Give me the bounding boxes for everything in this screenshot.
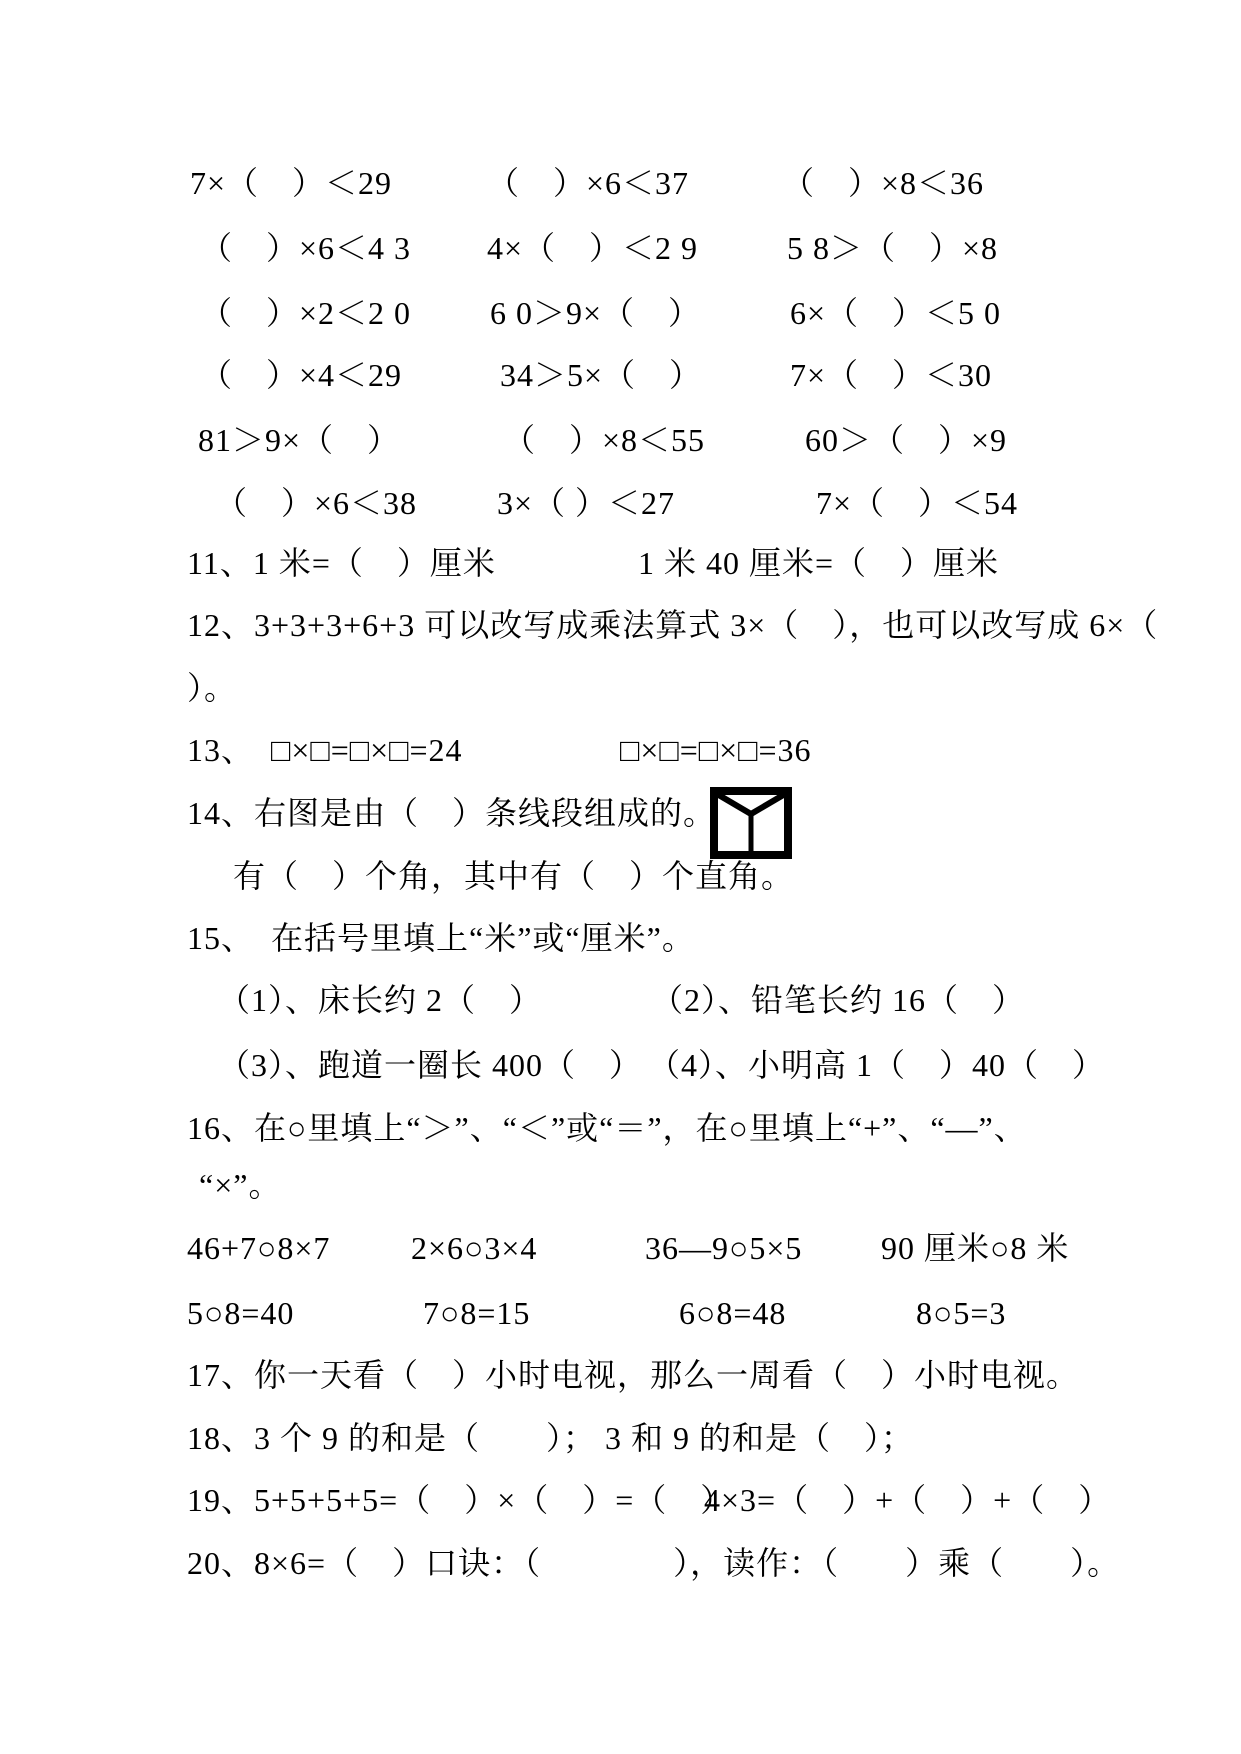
worksheet-item-20: 20、8×6=（ ）口诀：（ ），读作：（ ）乘（ ）。 (0, 1543, 1241, 1587)
worksheet-item-16-row-1: 46+7○8×7 2×6○3×4 36—9○5×5 90 厘米○8 米 (0, 1228, 1241, 1272)
question-text: （4）、小明高 1（ ）40（ ） (648, 1045, 1105, 1085)
fill-blank-expression: 60＞（ ）×9 (805, 420, 1007, 460)
fill-blank-expression: 34＞5×（ ） (500, 355, 702, 395)
question-text: 20、8×6=（ ）口诀：（ ），读作：（ ）乘（ ）。 (187, 1543, 1120, 1583)
worksheet-item-16-row-2: 5○8=40 7○8=15 6○8=48 8○5=3 (0, 1293, 1241, 1337)
fill-blank-expression: 90 厘米○8 米 (881, 1228, 1069, 1268)
fill-blank-expression: 3×（ ）＜27 (497, 483, 675, 523)
worksheet-item-12: 12、3+3+3+6+3 可以改写成乘法算式 3×（ ），也可以改写成 6×（ (0, 605, 1241, 649)
question-text: 17、你一天看（ ）小时电视，那么一周看（ ）小时电视。 (187, 1355, 1079, 1395)
question-text: 13、 □×□=□×□=24 (187, 730, 463, 770)
fill-blank-expression: （ ）×2＜2 0 (200, 293, 411, 333)
fill-blank-expression: 4×（ ）＜2 9 (487, 228, 698, 268)
question-text: □×□=□×□=36 (620, 730, 812, 770)
question-text: 4×3=（ ）+（ ）+（ ） (704, 1480, 1111, 1520)
fill-blank-expression: （ ）×6＜37 (487, 163, 689, 203)
question-text: 16、在○里填上“＞”、“＜”或“＝”，在○里填上“+”、“—”、 (187, 1108, 1027, 1148)
fill-blank-expression: （ ）×8＜36 (782, 163, 984, 203)
question-text: 14、右图是由（ ）条线段组成的。 (187, 793, 716, 833)
worksheet-item-14-continued: 有（ ）个角，其中有（ ）个直角。 (0, 856, 1241, 900)
fill-blank-expression: 6○8=48 (679, 1293, 786, 1333)
square-divided-by-Y-figure (710, 787, 792, 859)
question-text: 12、3+3+3+6+3 可以改写成乘法算式 3×（ ），也可以改写成 6×（ (187, 605, 1158, 645)
fill-blank-expression: 2×6○3×4 (411, 1228, 537, 1268)
worksheet-line-compare-6: （ ）×6＜38 3×（ ）＜27 7×（ ）＜54 (0, 483, 1241, 527)
question-text: （3）、跑道一圈长 400（ ） (218, 1045, 642, 1085)
fill-blank-expression: （ ）×4＜29 (200, 355, 402, 395)
worksheet-line-compare-2: （ ）×6＜4 3 4×（ ）＜2 9 5 8＞（ ）×8 (0, 228, 1241, 272)
fill-blank-expression: （ ）×6＜4 3 (200, 228, 411, 268)
worksheet-item-19: 19、5+5+5+5=（ ）×（ ）=（ ） 4×3=（ ）+（ ）+（ ） (0, 1480, 1241, 1524)
question-text: （2）、铅笔长约 16（ ） (651, 980, 1025, 1020)
worksheet-item-13: 13、 □×□=□×□=24 □×□=□×□=36 (0, 730, 1241, 774)
worksheet-line-compare-5: 81＞9×（ ） （ ）×8＜55 60＞（ ）×9 (0, 420, 1241, 464)
fill-blank-expression: 36—9○5×5 (645, 1228, 802, 1268)
question-text: ）。 (187, 668, 237, 708)
fill-blank-expression: 6×（ ）＜5 0 (790, 293, 1001, 333)
fill-blank-expression: 7×（ ）＜29 (190, 163, 392, 203)
fill-blank-expression: 6 0＞9×（ ） (490, 293, 701, 333)
question-text: 19、5+5+5+5=（ ）×（ ）=（ ） (187, 1480, 733, 1520)
worksheet-item-16-continued: “×”。 (0, 1165, 1241, 1209)
worksheet-line-compare-4: （ ）×4＜29 34＞5×（ ） 7×（ ）＜30 (0, 355, 1241, 399)
fill-blank-expression: 46+7○8×7 (187, 1228, 330, 1268)
question-text: （1）、床长约 2（ ） (218, 980, 542, 1020)
fill-blank-expression: 7×（ ）＜30 (790, 355, 992, 395)
fill-blank-expression: 7×（ ）＜54 (816, 483, 1018, 523)
fill-blank-expression: 5○8=40 (187, 1293, 294, 1333)
question-text: 11、1 米=（ ）厘米 (187, 543, 496, 583)
fill-blank-expression: 7○8=15 (423, 1293, 530, 1333)
worksheet-item-17: 17、你一天看（ ）小时电视，那么一周看（ ）小时电视。 (0, 1355, 1241, 1399)
question-text: 18、3 个 9 的和是（ ）； 3 和 9 的和是（ ）； (187, 1418, 914, 1458)
worksheet-item-18: 18、3 个 9 的和是（ ）； 3 和 9 的和是（ ）； (0, 1418, 1241, 1462)
fill-blank-expression: 8○5=3 (916, 1293, 1006, 1333)
question-text: 有（ ）个角，其中有（ ）个直角。 (233, 856, 794, 896)
worksheet-line-compare-3: （ ）×2＜2 0 6 0＞9×（ ） 6×（ ）＜5 0 (0, 293, 1241, 337)
worksheet-item-12-continued: ）。 (0, 668, 1241, 712)
worksheet-item-14: 14、右图是由（ ）条线段组成的。 (0, 793, 1241, 837)
worksheet-item-15: 15、 在括号里填上“米”或“厘米”。 (0, 918, 1241, 962)
worksheet-item-16: 16、在○里填上“＞”、“＜”或“＝”，在○里填上“+”、“—”、 (0, 1108, 1241, 1152)
worksheet-page: 7×（ ）＜29 （ ）×6＜37 （ ）×8＜36 （ ）×6＜4 3 4×（… (0, 0, 1241, 1754)
question-text: “×”。 (199, 1165, 281, 1205)
fill-blank-expression: （ ）×8＜55 (503, 420, 705, 460)
worksheet-item-15-sub-3-4: （3）、跑道一圈长 400（ ） （4）、小明高 1（ ）40（ ） (0, 1045, 1241, 1089)
question-text: 1 米 40 厘米=（ ）厘米 (638, 543, 999, 583)
worksheet-line-compare-1: 7×（ ）＜29 （ ）×6＜37 （ ）×8＜36 (0, 163, 1241, 207)
question-text: 15、 在括号里填上“米”或“厘米”。 (187, 918, 695, 958)
fill-blank-expression: 5 8＞（ ）×8 (787, 228, 998, 268)
fill-blank-expression: 81＞9×（ ） (198, 420, 400, 460)
worksheet-item-11: 11、1 米=（ ）厘米 1 米 40 厘米=（ ）厘米 (0, 543, 1241, 587)
fill-blank-expression: （ ）×6＜38 (215, 483, 417, 523)
worksheet-item-15-sub-1-2: （1）、床长约 2（ ） （2）、铅笔长约 16（ ） (0, 980, 1241, 1024)
